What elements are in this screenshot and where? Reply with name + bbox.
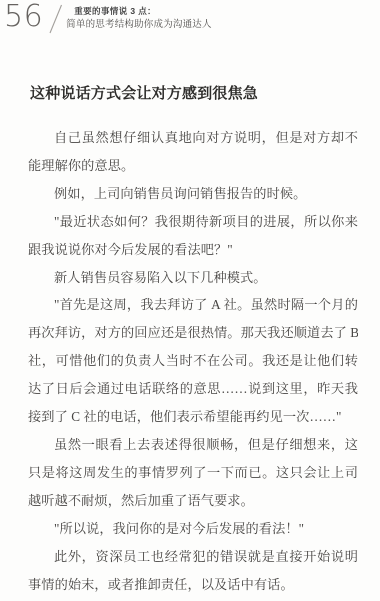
text-line: 新人销售员容易陷入以下几种模式。 (28, 264, 358, 292)
text-line: 社，可惜他们的负责人当时不在公司。我还是让他们转 (28, 347, 358, 375)
text-line: 只是将这周发生的事情罗列了一下而已。这只会让上司 (28, 459, 358, 487)
text-line: 越听越不耐烦，然后加重了语气要求。 (28, 487, 358, 515)
text-line: 自己虽然想仔细认真地向对方说明，但是对方却不 (28, 124, 358, 152)
running-header: 56 重要的事情说 3 点： 简单的思考结构助你成为沟通达人 (4, 2, 212, 39)
book-title-block: 重要的事情说 3 点： 简单的思考结构助你成为沟通达人 (66, 6, 212, 31)
book-title-line1: 重要的事情说 3 点： (74, 6, 212, 17)
text-line: 再次拜访，对方的回应还是很热情。那天我还顺道去了 B (28, 319, 358, 347)
page-number: 56 (4, 2, 43, 32)
text-line: 事情的始末，或者推卸责任，以及话中有话。 (28, 571, 358, 599)
text-line: 接到了 C 社的电话，他们表示希望能再约见一次……" (28, 403, 358, 431)
text-line: "所以说，我问你的是对今后发展的看法！" (28, 515, 358, 543)
body-text: 自己虽然想仔细认真地向对方说明，但是对方却不能理解你的意思。例如，上司向销售员询… (28, 124, 358, 598)
section-heading: 这种说话方式会让对方感到很焦急 (30, 85, 258, 103)
book-title-line2: 简单的思考结构助你成为沟通达人 (66, 19, 212, 31)
text-line: 此外，资深员工也经常犯的错误就是直接开始说明 (28, 543, 358, 571)
text-line: 能理解你的意思。 (28, 152, 358, 180)
text-line: 虽然一眼看上去表述得很顺畅，但是仔细想来，这 (28, 431, 358, 459)
text-line: "最近状态如何？我很期待新项目的进展，所以你来 (28, 208, 358, 236)
text-line: 例如，上司向销售员询问销售报告的时候。 (28, 180, 358, 208)
text-line: 跟我说说你对今后发展的看法吧？" (28, 236, 358, 264)
book-page: 56 重要的事情说 3 点： 简单的思考结构助你成为沟通达人 这种说话方式会让对… (0, 0, 380, 601)
slash-divider-icon (47, 4, 64, 39)
text-line: 达了日后会通过电话联络的意思……说到这里，昨天我 (28, 375, 358, 403)
text-line: "首先是这周，我去拜访了 A 社。虽然时隔一个月的 (28, 291, 358, 319)
